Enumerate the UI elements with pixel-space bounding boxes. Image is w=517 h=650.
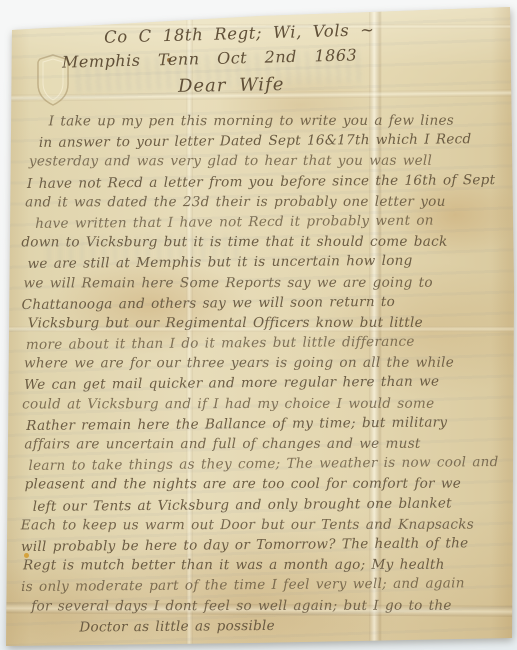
handwriting-line: affairs are uncertain and full of change… [20,434,502,455]
letter-paper-shadow: Co C 18th Regt; Wi, Vols ~ Memphis Tenn … [0,0,517,650]
handwriting-line: is only moderate part of the time I feel… [21,573,503,597]
handwriting-line: left our Tents at Vicksburg and only bro… [21,493,503,517]
handwriting-line: Rather remain here the Ballance of my ti… [20,412,502,436]
handwriting-line: We can get mail quicker and more regular… [20,371,502,395]
handwriting-line: could at Vicksburg and if I had my choic… [20,393,502,414]
letter-paper: Co C 18th Regt; Wi, Vols ~ Memphis Tenn … [0,0,517,650]
place-date-line: Memphis Tenn Oct 2nd 1863 [62,45,358,71]
handwriting-line: we are still at Memphis but it is uncert… [19,250,501,274]
handwriting-line: yesterday and was very glad to hear that… [19,151,501,172]
handwriting-line: have written that I have not Recd it pro… [19,210,501,234]
handwriting-line: will probably be here to day or Tomorrow… [21,533,503,557]
handwriting-line: and it was dated the 23d their is probab… [19,191,501,212]
letter-body: I take up my pen this morning to write y… [19,110,504,637]
handwriting-line: I have not Recd a letter from you before… [19,170,501,194]
regiment-unit-line: Co C 18th Regt; Wi, Vols ~ [104,20,375,47]
handwriting-line: more about it than I do it makes but lit… [20,331,502,355]
handwriting-line: Each to keep us warm out Door but our Te… [21,514,503,535]
handwriting-line: Chattanooga and others say we will soon … [20,291,502,315]
handwriting-line: pleasent and the nights are are too cool… [21,474,503,495]
handwriting-line: Vicksburg but our Regimental Officers kn… [20,312,502,333]
handwriting-line: Doctor as little as possible [21,614,503,638]
handwriting-line: Regt is mutch better than it was a month… [21,555,503,576]
ink-speck [468,3,470,5]
salutation: Dear Wife [178,74,285,97]
handwriting-line: I take up my pen this morning to write y… [19,111,501,132]
handwriting-line: down to Vicksburg but it is time that it… [19,232,501,253]
handwriting-line: for several days I dont feel so well aga… [21,595,503,616]
scan-background: Co C 18th Regt; Wi, Vols ~ Memphis Tenn … [0,0,517,650]
handwriting-line: we will Remain here Some Reports say we … [20,272,502,293]
ink-speck [437,4,440,7]
